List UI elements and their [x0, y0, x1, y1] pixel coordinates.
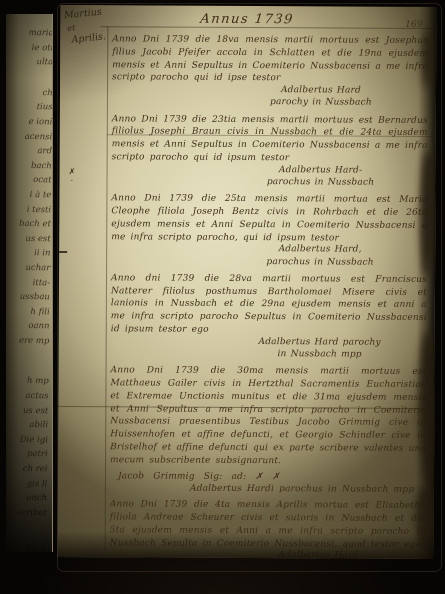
burial-entry: Anno Dni 1739 die 23tia mensis martii mo… [111, 113, 427, 189]
entry-body: Anno Dni 1739 die 4ta mensis Aprilis mor… [110, 498, 426, 551]
page-fragment: ocat [33, 173, 52, 188]
witness-signum-line: Jacob Grimmig Sig: ad: ✗ ✗ [118, 470, 426, 484]
entry-signature: Adalbertus Hard parochy in Nussbach [226, 84, 416, 109]
register-page: Annus 1739 169 Martius et Aprilis. ✗ · A… [58, 5, 437, 559]
priest-signature-line: Adalbertus Hardi parochus in Nussbach mp… [190, 483, 426, 497]
page-fragment: oann [28, 319, 49, 334]
signature-line: parochy in Nussbach [226, 96, 416, 109]
page-fragment: abili [29, 418, 48, 433]
page-fragment: maria [29, 26, 53, 41]
signature-line: in Nussbach mpp [225, 348, 415, 361]
burial-entry: Anno Dni 1739 die 18va mensis martii mor… [112, 33, 428, 109]
page-number: 169 [405, 20, 422, 30]
page-fragment: ussbau [20, 290, 50, 305]
margin-dot-mark: · [69, 176, 76, 185]
entry-body: Anno Dni 1739 die 30ma mensis martii mor… [110, 364, 427, 468]
page-fragment: itta- [33, 276, 51, 291]
page-fragment: i à te [30, 188, 52, 203]
burial-entry: Anno Dni 1739 die 25ta mensis martii mor… [111, 192, 427, 268]
previous-page-edge: mariaie otiultachtiuse ioniacensiardbach… [6, 14, 53, 552]
margin-cross-mark: ✗ [69, 167, 76, 176]
margin-rule-line [105, 26, 109, 551]
entry-body: Anno Dni 1739 die 25ta mensis martii mor… [111, 192, 427, 245]
page-fragment: uchar [25, 261, 50, 276]
burial-entries: Anno Dni 1739 die 18va mensis martii mor… [109, 33, 428, 559]
page-fragment: ii in [34, 246, 51, 261]
page-fragment: ulta [36, 55, 53, 70]
entry-signature: Adalbertus Hard parochy in Nussbach mpp [225, 336, 415, 361]
entry-body: Anno Dni 1739 die 18va mensis martii mor… [112, 33, 428, 86]
page-fragment: patri [27, 447, 48, 462]
photograph: mariaie otiultachtiuse ioniacensiardbach… [0, 0, 445, 594]
entry-body: Anno Dni 1739 die 23tia mensis martii mo… [112, 113, 428, 166]
signature-line: parochus in Nussbach [225, 255, 415, 268]
page-fragment: unch [26, 491, 47, 506]
page-fragment: ch [42, 86, 52, 101]
page-fragment: ie oti [32, 41, 53, 56]
page-fragment: h mp [27, 374, 49, 389]
margin-month-line: Aprilis. [66, 31, 109, 48]
page-fragment: ere mp [19, 334, 50, 349]
burial-entry: Anno dni 1739 die 28va martii mortuus es… [111, 272, 427, 361]
page-fragment: acensi [25, 130, 53, 145]
signature-line: Adalbertus Hard, [225, 243, 415, 256]
signature-line: Adalbertus Hard parochy [225, 336, 415, 349]
page-fragment: actus [25, 389, 48, 404]
entry-signature: Adalbertus Hard, parochus in Nussbach [225, 243, 415, 268]
entry-signature: Adalbertus Hard- parochus in Nussbach [225, 164, 415, 189]
page-fragment: Die igi [20, 433, 48, 448]
page-fragment: e ioni [28, 115, 52, 130]
margin-tick-line [58, 251, 68, 253]
page-fragment: h fili [30, 305, 49, 320]
year-heading: Annus 1739 [200, 12, 295, 27]
page-fragment: bach [31, 159, 52, 174]
page-fragment: us est [25, 232, 51, 247]
page-fragment: ch rei [23, 462, 48, 477]
previous-page-fragments: mariaie otiultachtiuse ioniacensiardbach… [6, 26, 53, 552]
burial-entry: Anno Dni 1739 die 30ma mensis martii mor… [110, 364, 427, 497]
signature-line: Adalbertus Hard- [226, 164, 416, 177]
page-fragment: bach [26, 542, 47, 552]
margin-mark: ✗ · [69, 167, 76, 185]
margin-months: Martius et Aprilis. [64, 6, 110, 47]
page-fragment: scribet [17, 506, 47, 521]
page-fragment: gis li [27, 477, 48, 492]
page-fragment: i testi [27, 203, 52, 218]
page-fragment: tius [36, 100, 52, 115]
signature-line: Adalbertus Hard [226, 84, 416, 97]
page-fragment: bach et [19, 217, 51, 232]
page-fragment: ard [37, 144, 52, 159]
page-fragment: us est [23, 404, 49, 419]
signature-line: parochus in Nussbach [225, 176, 415, 189]
burial-entry: Anno Dni 1739 die 4ta mensis Aprilis mor… [109, 498, 425, 559]
entry-body: Anno dni 1739 die 28va martii mortuus es… [111, 272, 427, 338]
